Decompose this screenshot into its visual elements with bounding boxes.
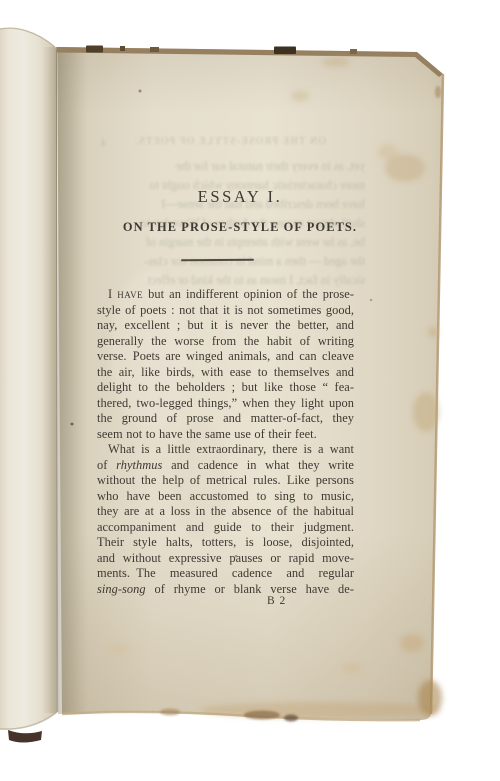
body-text-segment: I [108, 287, 117, 301]
body-line: sing-song of rhyme or blank verse have d… [97, 582, 354, 598]
showthrough-line: be, as he went with attempts in the marg… [103, 233, 365, 252]
body-text-segment: and without expressive pauses or rapid m… [97, 551, 354, 565]
book-page: ON THE PROSE-STYLE OF POETS. 4 yet, as i… [0, 0, 500, 781]
body-line: generally the worse from the habit of wr… [97, 334, 354, 350]
body-line: What is a little extraordinary, there is… [97, 442, 354, 458]
book-photo: ON THE PROSE-STYLE OF POETS. 4 yet, as i… [0, 0, 500, 781]
showthrough-page-number: 4 [101, 137, 107, 149]
showthrough-running-head: ON THE PROSE-STYLE OF POETS. [99, 136, 361, 147]
body-text-segment: delight to the beholders ; but like thos… [97, 380, 354, 394]
body-line: of rhythmus and cadence in what they wri… [97, 458, 354, 474]
body-line: style of poets : not that it is not some… [97, 303, 354, 319]
body-text-segment: the air, like birds, with ease to themse… [97, 365, 354, 379]
body-line: seem not to have the same use of their f… [97, 427, 354, 443]
showthrough-line: the aged — then a mind in common nor cla… [103, 252, 365, 271]
body-text-segment: seem not to have the same use of their f… [97, 427, 317, 441]
body-line: without the help of metrical rules. Like… [97, 473, 354, 489]
body-line: they are at a loss in the absence of the… [97, 504, 354, 520]
body-text-segment: style of poets : not that it is not some… [97, 303, 354, 317]
essay-heading: ESSAY I. [95, 187, 371, 207]
body-line: I have but an indifferent opinion of the… [97, 287, 354, 303]
body-text-segment: and cadence in what they write [162, 458, 354, 472]
body-line: accompaniment and guide to their judgmen… [97, 520, 354, 536]
body-line: thered, two-legged things,” when they li… [97, 396, 354, 412]
body-text-segment: they are at a loss in the absence of the… [97, 504, 354, 518]
body-text-segment: nay, excellent ; but it is never the bet… [97, 318, 354, 332]
essay-body: I have but an indifferent opinion of the… [97, 287, 354, 597]
body-text-segment: Their style halts, totters, is loose, di… [97, 535, 354, 549]
body-text-segment: without the help of metrical rules. Like… [97, 473, 354, 487]
showthrough-line: yet, as in every their natural ear for t… [103, 157, 365, 176]
body-line: and without expressive pauses or rapid m… [97, 551, 354, 567]
body-text-segment: the ground of prose and matter-of-fact, … [97, 411, 354, 425]
body-text-segment: rhythmus [116, 458, 162, 472]
body-line: who have been accustomed to sing to musi… [97, 489, 354, 505]
body-text-segment: What is a little extraordinary, there is… [108, 442, 354, 456]
body-text-segment: thered, two-legged things,” when they li… [97, 396, 354, 410]
body-line: ments. The measured cadence and regular [97, 566, 354, 582]
signature-mark: B 2 [267, 595, 286, 607]
body-line: nay, excellent ; but it is never the bet… [97, 318, 354, 334]
body-text-segment: of rhyme or blank verse have de- [146, 582, 354, 596]
body-text-segment: generally the worse from the habit of wr… [97, 334, 354, 348]
body-text-segment: who have been accustomed to sing to musi… [97, 489, 354, 503]
body-line: the air, like birds, with ease to themse… [97, 365, 354, 381]
body-text-segment: ments. The measured cadence and regular [97, 566, 354, 580]
essay-subtitle: ON THE PROSE-STYLE OF POETS. [95, 220, 371, 235]
body-line: Their style halts, totters, is loose, di… [97, 535, 354, 551]
body-text-segment: of [97, 458, 116, 472]
body-line: the ground of prose and matter-of-fact, … [97, 411, 354, 427]
body-text-segment: but an indifferent opinion of the prose- [143, 287, 354, 301]
body-text-segment: verse. Poets are winged animals, and can… [97, 349, 354, 363]
body-text-segment: have [117, 287, 143, 301]
body-line: verse. Poets are winged animals, and can… [97, 349, 354, 365]
body-text-segment: sing-song [97, 582, 146, 596]
body-text-segment: accompaniment and guide to their judgmen… [97, 520, 354, 534]
body-line: delight to the beholders ; but like thos… [97, 380, 354, 396]
